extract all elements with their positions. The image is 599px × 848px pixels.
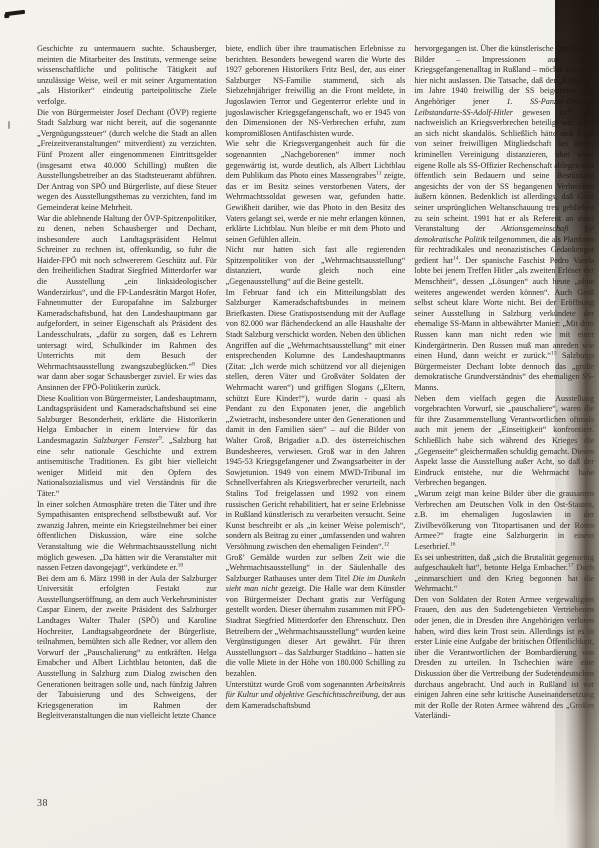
footnote-ref: 10 (178, 562, 184, 568)
text-column-2: biete, endlich über ihre traumatischen E… (226, 44, 406, 722)
text-run: Neben dem vielfach gegen die Ausstellung… (414, 394, 594, 488)
text-run: Bei dem am 6. März 1998 in der Aula der … (37, 574, 217, 721)
text-run: . „Salzburg hat eine sehr nationale Gesc… (37, 436, 217, 498)
footnote-ref: 16 (450, 541, 456, 547)
scan-artifact-dash (5, 10, 25, 16)
text-run: Nicht nur hatten sich fast alle regieren… (226, 245, 406, 286)
scanned-book-page: Geschichte zu untermauern suchte. Schaus… (0, 0, 599, 848)
text-column-3: hervorgegangen ist. Über die künstlerisc… (414, 44, 594, 722)
page-number: 38 (37, 798, 48, 809)
text-column-1: Geschichte zu untermauern suchte. Schaus… (37, 44, 217, 722)
text-run: . Der spanische Faschist Pedro Varela lo… (414, 256, 594, 360)
text-run: Die von Bürgermeister Josef Dechant (ÖVP… (37, 108, 217, 212)
paragraph: Geschichte zu untermauern suchte. Schaus… (37, 44, 217, 108)
text-run: , die nachweislich an Kriegsverbrechen b… (414, 108, 594, 234)
paragraph: Bei dem am 6. März 1998 in der Aula der … (37, 574, 217, 722)
italic-title: Salzburger Fenster (93, 436, 159, 445)
text-run: biete, endlich über ihre traumatischen E… (226, 44, 406, 138)
paragraph: Den von Soldaten der Roten Armee vergewa… (414, 595, 594, 722)
paragraph: Die von Bürgermeister Josef Dechant (ÖVP… (37, 108, 217, 214)
text-columns: Geschichte zu untermauern suchte. Schaus… (37, 44, 594, 722)
paragraph: War die ablehnende Haltung der ÖVP-Spitz… (37, 214, 217, 394)
scan-artifact-speck (8, 121, 10, 129)
text-run: War die ablehnende Haltung der ÖVP-Spitz… (37, 214, 217, 371)
text-run: Unterstützt wurde Groß vom sogenannten (226, 680, 367, 689)
text-run: zeigte, das er im Besitz seines verstorb… (226, 171, 406, 244)
paragraph: In einer solchen Atmosphäre treten die T… (37, 500, 217, 574)
text-run: gezeigt. Die Halle war dem Künstler von … (226, 584, 406, 678)
paragraph: Unterstützt wurde Groß vom sogenannten A… (226, 680, 406, 712)
text-run: Geschichte zu untermauern suchte. Schaus… (37, 44, 217, 106)
text-run: In einer solchen Atmosphäre treten die T… (37, 500, 217, 573)
text-run: „Warum zeigt man keine Bilder über die g… (414, 489, 594, 551)
paragraph: biete, endlich über ihre traumatischen E… (226, 44, 406, 139)
paragraph: Nicht nur hatten sich fast alle regieren… (226, 245, 406, 287)
paragraph: „Warum zeigt man keine Bilder über die g… (414, 489, 594, 553)
text-run: Den von Soldaten der Roten Armee vergewa… (414, 595, 594, 721)
footnote-ref: 12 (384, 541, 390, 547)
paragraph: Es sei unbestritten, daß „sich die Bruta… (414, 553, 594, 595)
paragraph: Neben dem vielfach gegen die Ausstellung… (414, 394, 594, 489)
paragraph: hervorgegangen ist. Über die künstlerisc… (414, 44, 594, 394)
paragraph: Im Februar fand ich ein Mitteilungsblatt… (226, 288, 406, 553)
paragraph: Wie sehr die Kriegsvergangenheit auch fü… (226, 139, 406, 245)
text-run: gewesen ist (513, 108, 567, 117)
text-run: Im Februar fand ich ein Mitteilungsblatt… (226, 288, 406, 551)
paragraph: Groß’ Gemälde wurden zur selben Zeit wie… (226, 553, 406, 680)
paragraph: Diese Koalition von Bürgermeister, Lande… (37, 394, 217, 500)
